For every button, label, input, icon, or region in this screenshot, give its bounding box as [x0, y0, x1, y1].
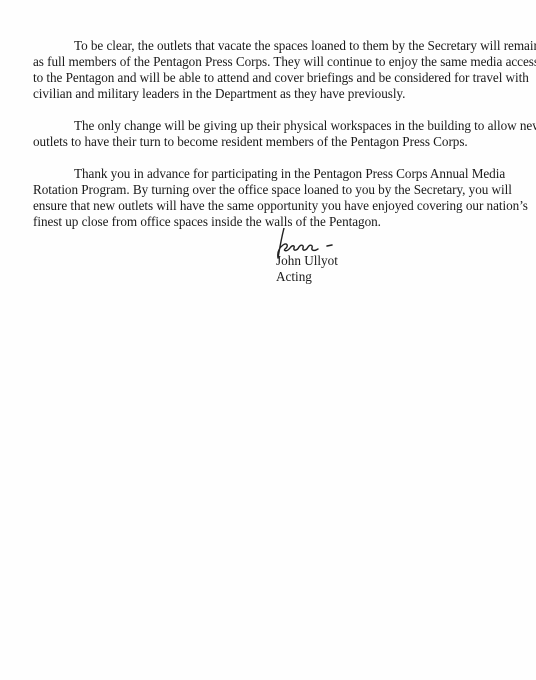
document-page: To be clear, the outlets that vacate the…	[0, 0, 536, 680]
paragraph-only-change: The only change will be giving up their …	[33, 118, 518, 150]
signer-title: Acting	[276, 269, 312, 285]
paragraph-line: outlets to have their turn to become res…	[33, 134, 518, 150]
paragraph-line: To be clear, the outlets that vacate the…	[33, 38, 518, 54]
paragraph-line: ensure that new outlets will have the sa…	[33, 198, 518, 214]
paragraph-line: Thank you in advance for participating i…	[33, 166, 518, 182]
paragraph-thank-you: Thank you in advance for participating i…	[33, 166, 518, 230]
paragraph-line: Rotation Program. By turning over the of…	[33, 182, 518, 198]
paragraph-line: to the Pentagon and will be able to atte…	[33, 70, 518, 86]
paragraph-line: as full members of the Pentagon Press Co…	[33, 54, 518, 70]
signature-block: John Ullyot Acting	[275, 228, 395, 288]
paragraph-media-access: To be clear, the outlets that vacate the…	[33, 38, 518, 102]
letter-body: To be clear, the outlets that vacate the…	[33, 38, 518, 246]
signer-name: John Ullyot	[276, 253, 338, 269]
paragraph-line: civilian and military leaders in the Dep…	[33, 86, 518, 102]
paragraph-line: The only change will be giving up their …	[33, 118, 518, 134]
